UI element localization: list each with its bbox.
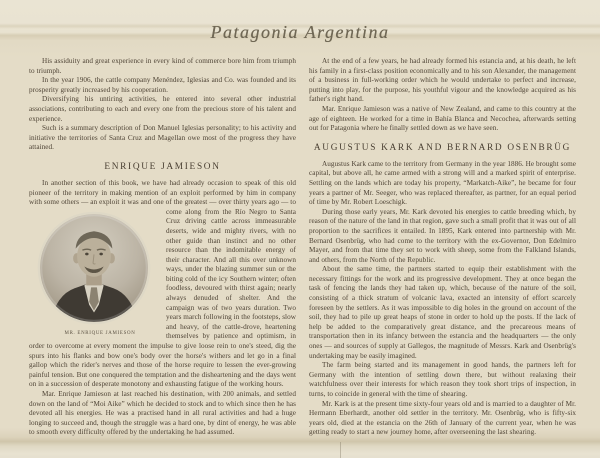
portrait-svg (36, 210, 152, 326)
paragraph: The farm being started and its managemen… (309, 361, 576, 399)
photo-caption: MR. ENRIQUE JAMIESON (30, 329, 157, 339)
paragraph: Mar. Enrique Jamieson was a native of Ne… (309, 105, 576, 134)
paragraph: At the end of a few years, he had alread… (309, 57, 576, 105)
paragraph: Mar. Enrique Jamieson at last reached hi… (29, 390, 296, 438)
section-heading-jamieson: ENRIQUE JAMIESON (29, 162, 296, 172)
paragraph: In the year 1906, the cattle company Men… (29, 76, 296, 95)
page-seam-line (340, 442, 341, 458)
paragraph: Augustus Kark came to the territory from… (309, 160, 576, 208)
paragraph: His assiduity and great experience in ev… (29, 57, 296, 76)
portrait-photo: MR. ENRIQUE JAMIESON (30, 210, 157, 339)
paragraph: During those early years, Mr. Kark devot… (309, 208, 576, 266)
paragraph: Diversifying his untiring activities, he… (29, 95, 296, 124)
paragraph: Such is a summary description of Don Man… (29, 124, 296, 153)
paragraph-with-photo: In another section of this book, we have… (29, 179, 296, 390)
page-content: His assiduity and great experience in ev… (29, 57, 576, 438)
right-column: At the end of a few years, he had alread… (309, 57, 576, 438)
left-column: His assiduity and great experience in ev… (29, 57, 296, 438)
paragraph: Mr. Kark is at the present time sixty-fo… (309, 400, 576, 438)
page-title: Patagonia Argentina (0, 22, 600, 43)
paragraph: About the same time, the partners starte… (309, 265, 576, 361)
book-page: Patagonia Argentina His assiduity and gr… (0, 0, 600, 458)
section-heading-kark-osenbrug: AUGUSTUS KARK AND BERNARD OSENBRÜG (309, 143, 576, 153)
